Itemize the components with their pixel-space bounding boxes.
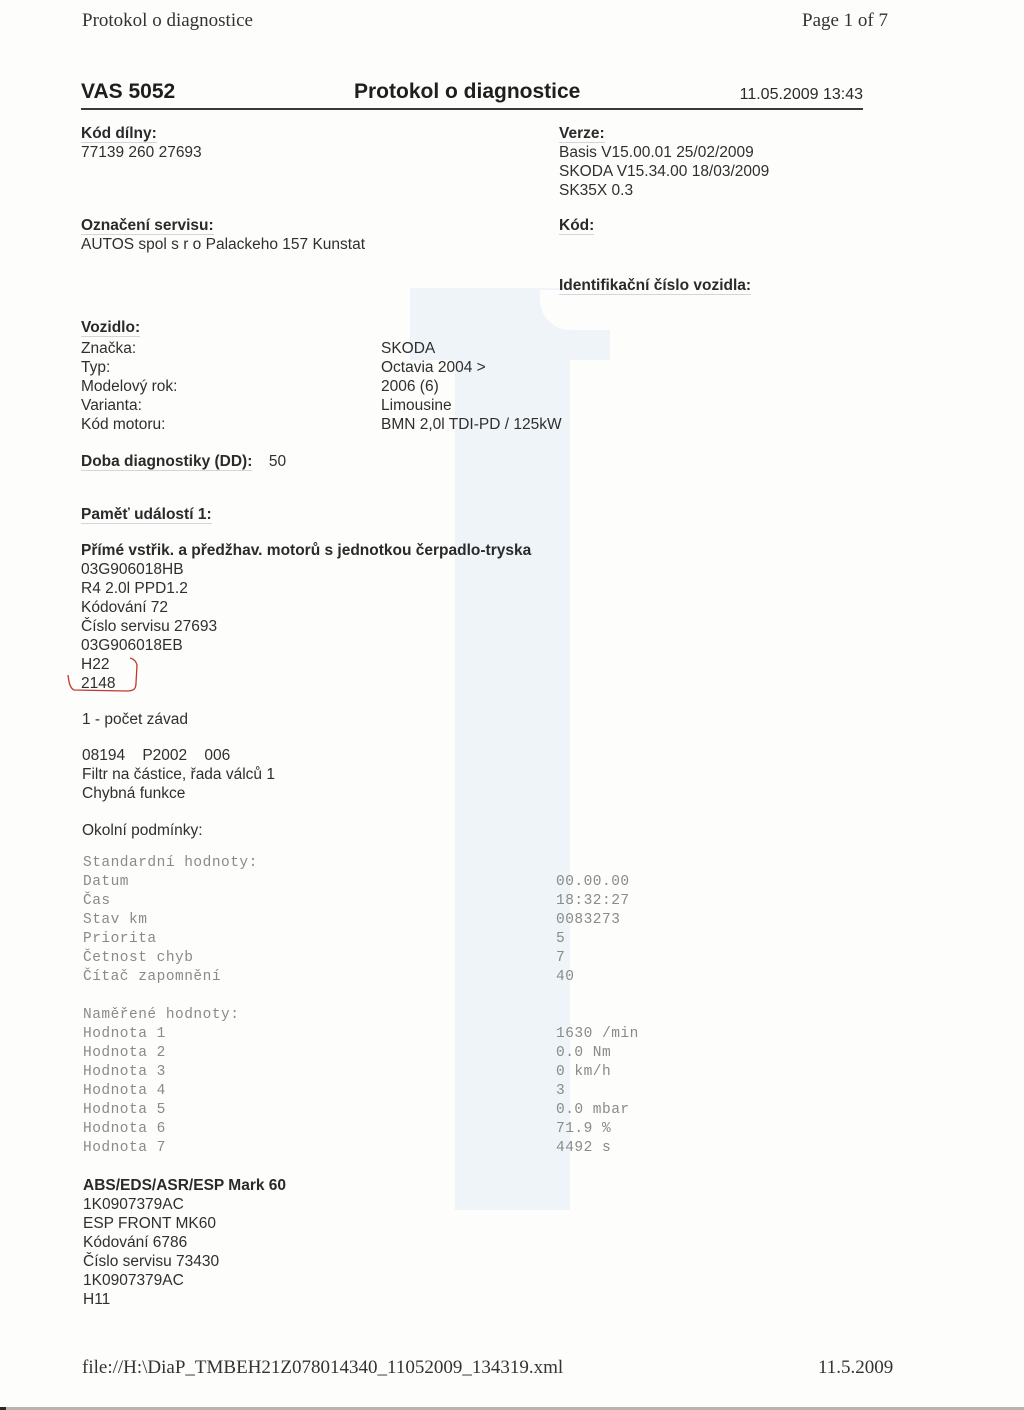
event-memory-label: Paměť událostí 1: xyxy=(81,506,212,524)
measured-values-values: 1630 /min 0.0 Nm 0 km/h 3 0.0 mbar 71.9 … xyxy=(556,1025,639,1158)
ambient-conditions-label: Okolní podmínky: xyxy=(82,822,203,839)
diag-duration-value: 50 xyxy=(269,453,286,470)
measured-values-label: Naměřené hodnoty: xyxy=(83,1006,239,1025)
vehicle-label: Vozidlo: xyxy=(81,319,140,337)
code-section: Kód: xyxy=(559,217,594,235)
version-section: Verze: Basis V15.00.01 25/02/2009 SKODA … xyxy=(559,125,769,200)
fault-code-line: 08194 P2002 006 xyxy=(82,746,275,765)
vehicle-section: Vozidlo: xyxy=(81,319,140,337)
abs-module-line: ESP FRONT MK60 xyxy=(83,1214,286,1233)
vehicle-key: Typ: xyxy=(81,358,177,377)
document-header: VAS 5052 Protokol o diagnostice 11.05.20… xyxy=(81,80,863,110)
standard-key: Čas xyxy=(83,892,258,911)
handwritten-bracket-annotation xyxy=(66,655,146,695)
service-value: AUTOS spol s r o Palackeho 157 Kunstat xyxy=(81,235,365,254)
fault-type: Chybná funkce xyxy=(82,784,275,803)
vin-label: Identifikační číslo vozidla: xyxy=(559,277,751,295)
module-line: 2148 xyxy=(81,674,531,693)
standard-key: Datum xyxy=(83,873,258,892)
abs-module-title: ABS/EDS/ASR/ESP Mark 60 xyxy=(83,1176,286,1195)
diag-duration-label: Doba diagnostiky (DD): xyxy=(81,453,252,471)
measured-key: Hodnota 3 xyxy=(83,1063,239,1082)
measured-key: Hodnota 6 xyxy=(83,1120,239,1139)
watermark-cutout xyxy=(540,290,630,330)
measured-value: 4492 s xyxy=(556,1139,639,1158)
vehicle-values: SKODA Octavia 2004 > 2006 (6) Limousine … xyxy=(381,339,562,434)
measured-key: Hodnota 7 xyxy=(83,1139,239,1158)
measured-value: 0 km/h xyxy=(556,1063,639,1082)
abs-module-line: H11 xyxy=(83,1290,286,1309)
ambient-conditions: Okolní podmínky: xyxy=(82,821,203,840)
version-label: Verze: xyxy=(559,125,605,143)
measured-value: 3 xyxy=(556,1082,639,1101)
print-header-page: Page 1 of 7 xyxy=(802,10,888,32)
vehicle-key: Značka: xyxy=(81,339,177,358)
service-section: Označení servisu: AUTOS spol s r o Palac… xyxy=(81,217,365,254)
print-footer-file-path: file://H:\DiaP_TMBEH21Z078014340_1105200… xyxy=(82,1357,563,1379)
standard-values-keys: Standardní hodnoty: Datum Čas Stav km Pr… xyxy=(83,854,258,987)
workshop-code-section: Kód dílny: 77139 260 27693 xyxy=(81,125,202,162)
vehicle-key: Kód motoru: xyxy=(81,415,177,434)
document-title: Protokol o diagnostice xyxy=(354,80,580,104)
abs-module-line: 1K0907379AC xyxy=(83,1195,286,1214)
version-line: SK35X 0.3 xyxy=(559,181,769,200)
vehicle-keys: Značka: Typ: Modelový rok: Varianta: Kód… xyxy=(81,339,177,434)
abs-module: ABS/EDS/ASR/ESP Mark 60 1K0907379AC ESP … xyxy=(83,1176,286,1309)
standard-key: Četnost chyb xyxy=(83,949,258,968)
diag-duration: Doba diagnostiky (DD): 50 xyxy=(81,452,286,471)
vehicle-key: Modelový rok: xyxy=(81,377,177,396)
vehicle-value: Octavia 2004 > xyxy=(381,358,562,377)
standard-value: 40 xyxy=(556,968,630,987)
engine-module-title: Přímé vstřik. a předžhav. motorů s jedno… xyxy=(81,541,531,560)
measured-value: 71.9 % xyxy=(556,1120,639,1139)
fault-description: Filtr na částice, řada válců 1 xyxy=(82,765,275,784)
event-memory-section: Paměť událostí 1: xyxy=(81,506,212,524)
standard-key: Stav km xyxy=(83,911,258,930)
workshop-code-label: Kód dílny: xyxy=(81,125,157,143)
standard-value: 00.00.00 xyxy=(556,873,630,892)
standard-value: 5 xyxy=(556,930,630,949)
module-line: Číslo servisu 27693 xyxy=(81,617,531,636)
standard-value: 0083273 xyxy=(556,911,630,930)
measured-value: 1630 /min xyxy=(556,1025,639,1044)
standard-value: 7 xyxy=(556,949,630,968)
fault-count: 1 - počet závad xyxy=(82,710,188,729)
measured-key: Hodnota 1 xyxy=(83,1025,239,1044)
scanned-page: Protokol o diagnostice Page 1 of 7 VAS 5… xyxy=(0,0,1024,1410)
module-line: 03G906018HB xyxy=(81,560,531,579)
code-label: Kód: xyxy=(559,217,594,235)
abs-module-line: Číslo servisu 73430 xyxy=(83,1252,286,1271)
standard-key: Priorita xyxy=(83,930,258,949)
measured-value: 0.0 Nm xyxy=(556,1044,639,1063)
vin-section: Identifikační číslo vozidla: xyxy=(559,277,751,295)
module-line: R4 2.0l PPD1.2 xyxy=(81,579,531,598)
module-line: 03G906018EB xyxy=(81,636,531,655)
vehicle-value: BMN 2,0l TDI-PD / 125kW xyxy=(381,415,562,434)
vehicle-key: Varianta: xyxy=(81,396,177,415)
device-name: VAS 5052 xyxy=(81,80,175,104)
standard-values-label: Standardní hodnoty: xyxy=(83,854,258,873)
standard-value: 18:32:27 xyxy=(556,892,630,911)
watermark-shape xyxy=(455,330,570,1210)
vehicle-value: Limousine xyxy=(381,396,562,415)
measured-key: Hodnota 4 xyxy=(83,1082,239,1101)
engine-module: Přímé vstřik. a předžhav. motorů s jedno… xyxy=(81,541,531,693)
standard-key: Čítač zapomnění xyxy=(83,968,258,987)
version-line: Basis V15.00.01 25/02/2009 xyxy=(559,143,769,162)
measured-values-keys: Naměřené hodnoty: Hodnota 1 Hodnota 2 Ho… xyxy=(83,1006,239,1158)
fault-entry: 08194 P2002 006 Filtr na částice, řada v… xyxy=(82,746,275,803)
standard-values-values: 00.00.00 18:32:27 0083273 5 7 40 xyxy=(556,873,630,987)
version-line: SKODA V15.34.00 18/03/2009 xyxy=(559,162,769,181)
workshop-code-value: 77139 260 27693 xyxy=(81,143,202,162)
measured-value: 0.0 mbar xyxy=(556,1101,639,1120)
abs-module-line: Kódování 6786 xyxy=(83,1233,286,1252)
fault-count-text: 1 - počet závad xyxy=(82,711,188,728)
print-footer-date: 11.5.2009 xyxy=(818,1357,893,1379)
measured-key: Hodnota 2 xyxy=(83,1044,239,1063)
vehicle-value: SKODA xyxy=(381,339,562,358)
print-header-title: Protokol o diagnostice xyxy=(82,10,253,32)
document-datetime: 11.05.2009 13:43 xyxy=(740,86,863,104)
vehicle-value: 2006 (6) xyxy=(381,377,562,396)
module-line: Kódování 72 xyxy=(81,598,531,617)
abs-module-line: 1K0907379AC xyxy=(83,1271,286,1290)
measured-key: Hodnota 5 xyxy=(83,1101,239,1120)
service-label: Označení servisu: xyxy=(81,217,214,235)
module-line: H22 xyxy=(81,655,531,674)
